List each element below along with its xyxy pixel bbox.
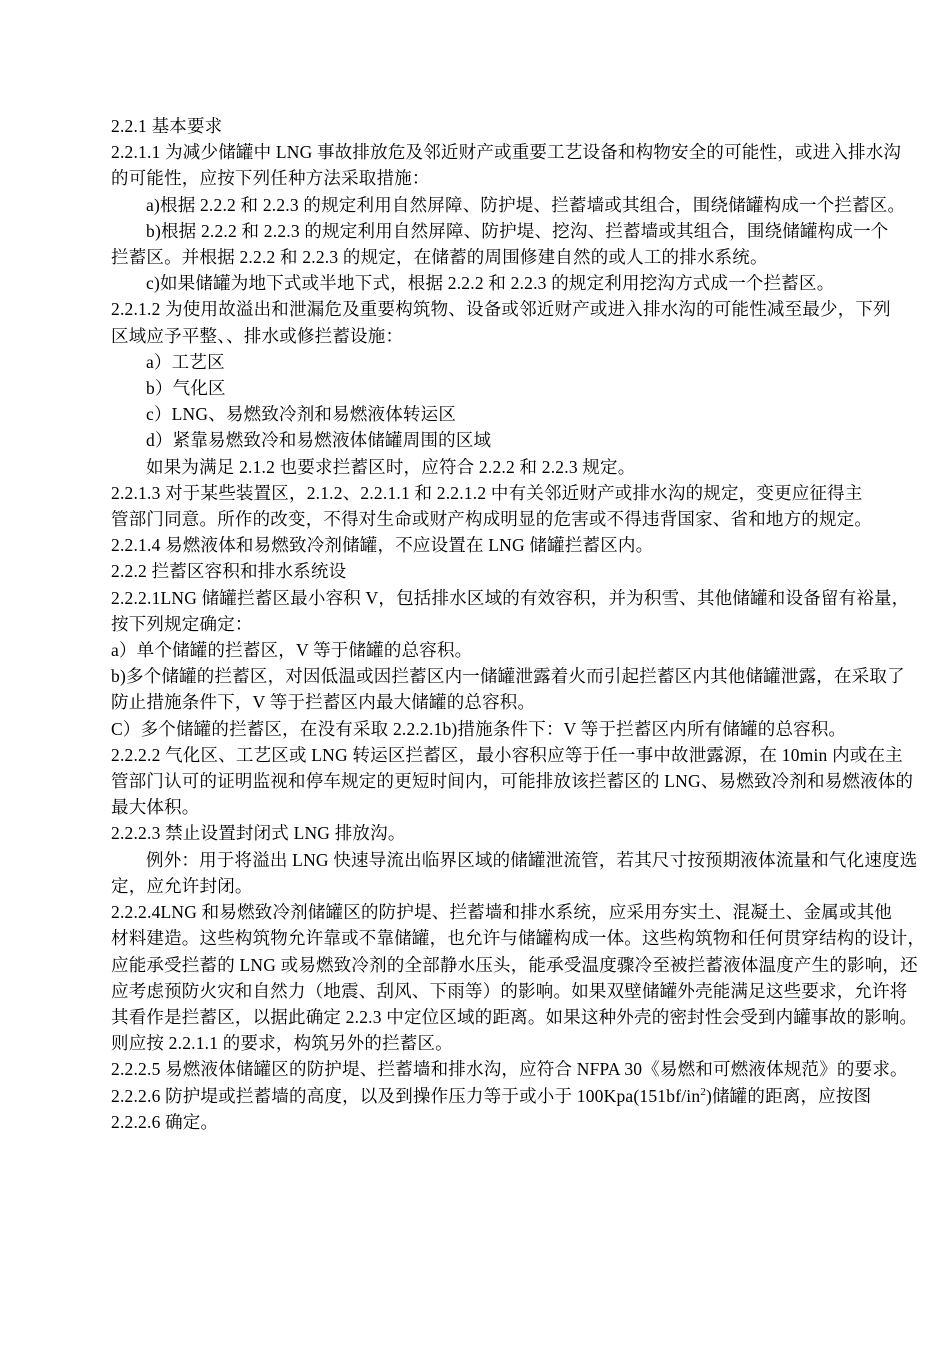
text-line: 2.2.1.3 对于某些装置区，2.1.2、2.2.1.1 和 2.2.1.2 … [111,480,901,506]
text-line: 例外：用于将溢出 LNG 快速导流出临界区域的储罐泄流管，若其尺寸按预期液体流量… [111,847,901,873]
text-line: c)如果储罐为地下式或半地下式，根据 2.2.2 和 2.2.3 的规定利用挖沟… [111,270,901,296]
text-line: 如果为满足 2.1.2 也要求拦蓄区时，应符合 2.2.2 和 2.2.3 规定… [111,454,901,480]
text-segment: )储罐的距离，应按图 [706,1086,871,1106]
text-line: 材料建造。这些构筑物允许靠或不靠储罐，也允许与储罐构成一体。这些构筑物和任何贯穿… [111,925,901,951]
text-line: b)多个储罐的拦蓄区，对因低温或因拦蓄区内一储罐泄露着火而引起拦蓄区内其他储罐泄… [111,663,901,689]
text-line: 管部门同意。所作的改变，不得对生命或财产构成明显的危害或不得违背国家、省和地方的… [111,506,901,532]
text-line: 2.2.1 基本要求 [111,113,901,139]
document-body: 2.2.1 基本要求2.2.1.1 为减少储罐中 LNG 事故排放危及邻近财产或… [111,113,901,1135]
text-line: 2.2.1.2 为使用故溢出和泄漏危及重要构筑物、设备或邻近财产或进入排水沟的可… [111,296,901,322]
text-line: 的可能性，应按下列任种方法采取措施： [111,165,901,191]
text-line: 2.2.2.4LNG 和易燃致冷剂储罐区的防护堤、拦蓄墙和排水系统，应采用夯实土… [111,899,901,925]
text-line: 管部门认可的证明监视和停车规定的更短时间内，可能排放该拦蓄区的 LNG、易燃致冷… [111,768,901,794]
text-line: b）气化区 [111,375,901,401]
text-line: 2.2.2 拦蓄区容积和排水系统设 [111,558,901,584]
text-line: 防止措施条件下，V 等于拦蓄区内最大储罐的总容积。 [111,689,901,715]
text-line: 2.2.2.6 确定。 [111,1109,901,1135]
text-line: a）工艺区 [111,349,901,375]
text-line: 2.2.1.1 为减少储罐中 LNG 事故排放危及邻近财产或重要工艺设备和构物安… [111,139,901,165]
text-line: 区域应予平整、、排水或修拦蓄设施： [111,323,901,349]
document-page: 2.2.1 基本要求2.2.1.1 为减少储罐中 LNG 事故排放危及邻近财产或… [0,0,950,1345]
text-line: 2.2.2.1LNG 储罐拦蓄区最小容积 V，包括排水区域的有效容积，并为积雪、… [111,585,901,611]
text-line: 则应按 2.2.1.1 的要求，构筑另外的拦蓄区。 [111,1030,901,1056]
text-line: 2.2.2.3 禁止设置封闭式 LNG 排放沟。 [111,820,901,846]
text-line: a)根据 2.2.2 和 2.2.3 的规定利用自然屏障、防护堤、拦蓄墙或其组合… [111,192,901,218]
text-line: 最大体积。 [111,794,901,820]
text-line: 2.2.2.5 易燃液体储罐区的防护堤、拦蓄墙和排水沟，应符合 NFPA 30《… [111,1056,901,1082]
text-line: 按下列规定确定： [111,611,901,637]
text-line: 定，应允许封闭。 [111,873,901,899]
text-line: 应能承受拦蓄的 LNG 或易燃致冷剂的全部静水压头，能承受温度骤冷至被拦蓄液体温… [111,952,901,978]
text-line: d）紧靠易燃致冷和易燃液体储罐周围的区域 [111,427,901,453]
text-line: 应考虑预防火灾和自然力（地震、刮风、下雨等）的影响。如果双壁储罐外壳能满足这些要… [111,978,901,1004]
text-line: 2.2.2.2 气化区、工艺区或 LNG 转运区拦蓄区，最小容积应等于任一事中故… [111,742,901,768]
text-segment: 2.2.2.6 防护堤或拦蓄墙的高度，以及到操作压力等于或小于 100Kpa(1… [111,1086,700,1106]
text-line: 其看作是拦蓄区，以据此确定 2.2.3 中定位区域的距离。如果这种外壳的密封性会… [111,1004,901,1030]
text-line: b)根据 2.2.2 和 2.2.3 的规定利用自然屏障、防护堤、挖沟、拦蓄墙或… [111,218,901,244]
text-line: a）单个储罐的拦蓄区，V 等于储罐的总容积。 [111,637,901,663]
text-line: 拦蓄区。并根据 2.2.2 和 2.2.3 的规定，在储蓄的周围修建自然的或人工… [111,244,901,270]
text-line: C）多个储罐的拦蓄区，在没有采取 2.2.2.1b)措施条件下：V 等于拦蓄区内… [111,716,901,742]
text-line: 2.2.1.4 易燃液体和易燃致冷剂储罐，不应设置在 LNG 储罐拦蓄区内。 [111,532,901,558]
text-line: c）LNG、易燃致冷剂和易燃液体转运区 [111,401,901,427]
text-line: 2.2.2.6 防护堤或拦蓄墙的高度，以及到操作压力等于或小于 100Kpa(1… [111,1083,901,1109]
